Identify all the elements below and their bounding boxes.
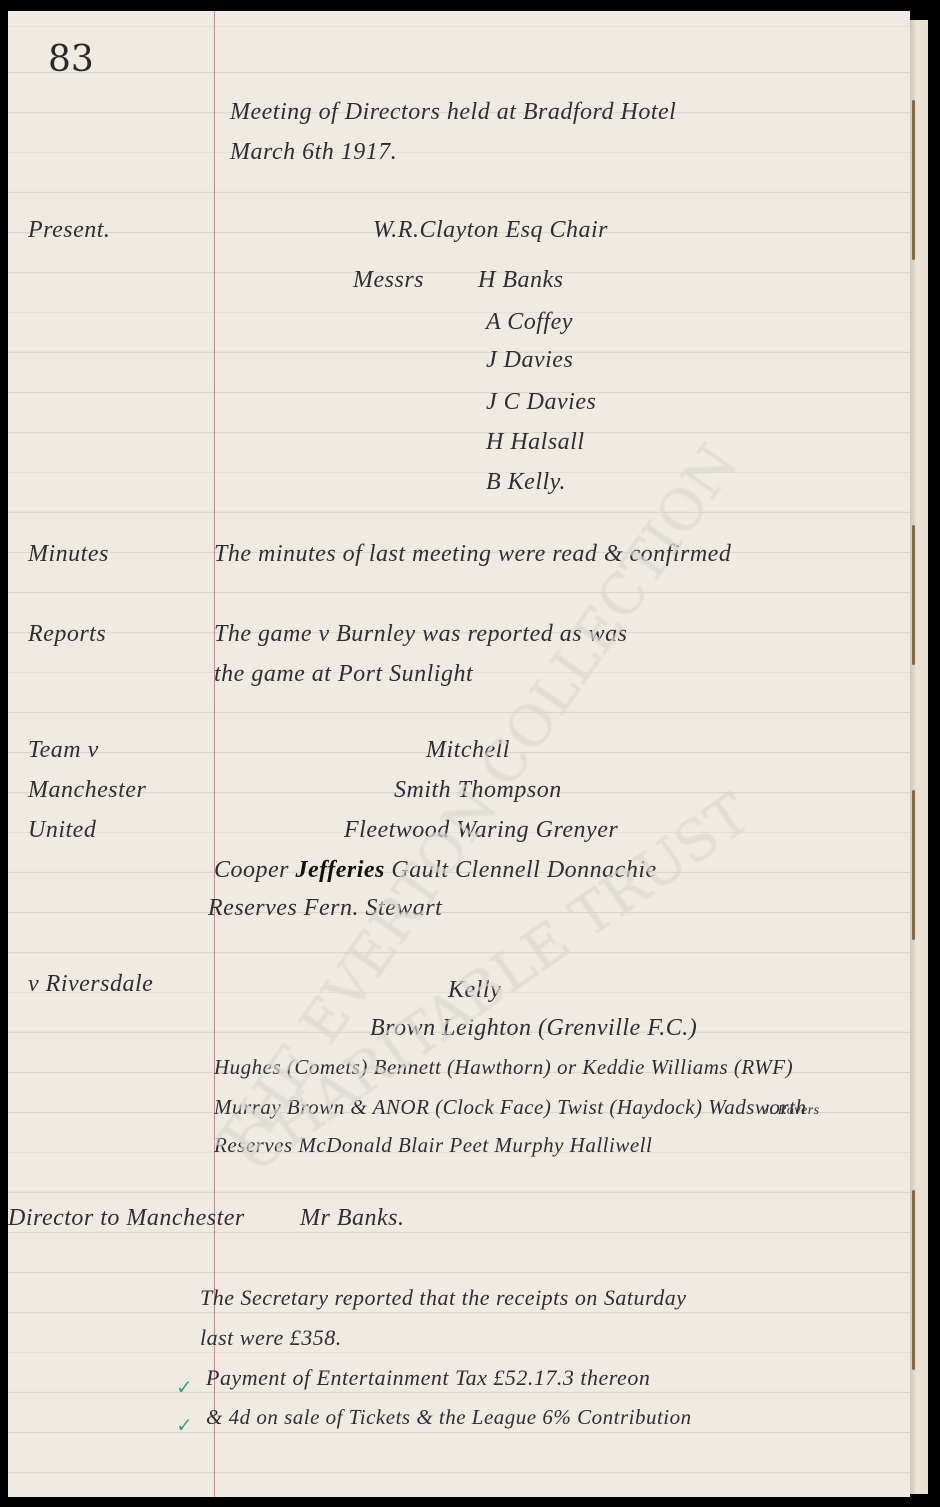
forward-jefferies: Jefferies [296, 857, 385, 883]
present-member: A Coffey [486, 309, 573, 336]
present-member: J Davies [486, 347, 573, 374]
check-mark-icon: ✓ [176, 1413, 193, 1437]
riversdale-forwards: Murray Brown & ANOR (Clock Face) Twist (… [214, 1095, 806, 1120]
director-value: Mr Banks. [300, 1205, 404, 1232]
reports-line-2: the game at Port Sunlight [214, 661, 473, 688]
binding-thread [912, 525, 915, 665]
heading-line-2: March 6th 1917. [230, 139, 397, 166]
riversdale-backs: Brown Leighton (Grenville F.C.) [370, 1015, 697, 1042]
ledger-page: 83 Meeting of Directors held at Bradford… [8, 11, 910, 1497]
riversdale-halves: Hughes (Comets) Bennett (Hawthorn) or Ke… [214, 1055, 793, 1080]
team-label-line-3: United [28, 817, 96, 844]
check-mark-icon: ✓ [176, 1375, 193, 1399]
team-label-line-2: Manchester [28, 777, 146, 804]
team-reserves: Reserves Fern. Stewart [208, 895, 442, 922]
director-label: Director to Manchester [8, 1205, 245, 1232]
secretary-line-4: & 4d on sale of Tickets & the League 6% … [206, 1405, 692, 1430]
riversdale-note-rovers: J. Rovers [763, 1103, 820, 1119]
minutes-text: The minutes of last meeting were read & … [214, 541, 731, 568]
messrs-prefix: Messrs [353, 267, 424, 294]
team-forwards: Cooper Jefferies Gault Clennell Donnachi… [214, 857, 657, 884]
secretary-line-3: Payment of Entertainment Tax £52.17.3 th… [206, 1365, 650, 1391]
team-goal: Mitchell [426, 737, 510, 764]
forward-cooper: Cooper [214, 857, 289, 883]
margin-rule [214, 11, 215, 1497]
forwards-rest: Gault Clennell Donnachie [391, 857, 656, 883]
heading-line-1: Meeting of Directors held at Bradford Ho… [230, 99, 676, 126]
team-halves: Fleetwood Waring Grenyer [344, 817, 618, 844]
present-member: H Halsall [486, 429, 585, 456]
riversdale-label: v Riversdale [28, 971, 153, 998]
riversdale-goal: Kelly [448, 977, 501, 1004]
secretary-line-2: last were £358. [200, 1325, 342, 1351]
binding-thread [912, 100, 915, 260]
team-label-line-1: Team v [28, 737, 99, 764]
reports-label: Reports [28, 621, 106, 648]
present-member: J C Davies [486, 389, 596, 416]
riversdale-reserves: Reserves McDonald Blair Peet Murphy Hall… [214, 1133, 652, 1158]
reports-line-1: The game v Burnley was reported as was [214, 621, 627, 648]
minutes-label: Minutes [28, 541, 109, 568]
binding-thread [912, 790, 915, 940]
present-chair: W.R.Clayton Esq Chair [373, 217, 608, 244]
team-backs: Smith Thompson [394, 777, 562, 804]
secretary-line-1: The Secretary reported that the receipts… [200, 1285, 686, 1311]
present-label: Present. [28, 217, 110, 244]
page-number: 83 [48, 39, 94, 80]
present-member: H Banks [478, 267, 563, 294]
binding-thread [912, 1190, 915, 1370]
present-member: B Kelly. [486, 469, 566, 496]
